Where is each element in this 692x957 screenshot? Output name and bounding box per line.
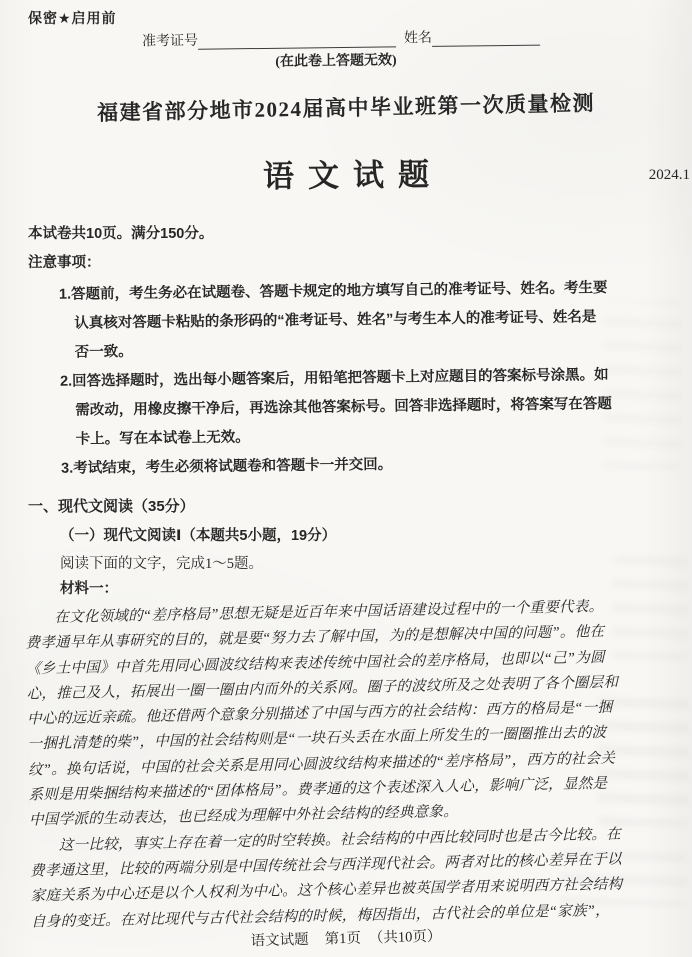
exam-notes: 1.答题前，考生务必在试题卷、答题卡规定的地方填写自己的准考证号、姓名。考生要 … [59,273,677,484]
footer-page-total: （共10页） [369,925,442,948]
candidate-info-row: 准考证号姓名 [142,26,540,51]
footer-subject: 语文试题 [250,928,308,950]
note-line: 3.考试结束，考生必须将试题卷和答题卡一并交回。 [61,447,677,484]
invalid-answer-notice: (在此卷上答题无效) [0,46,672,74]
notes-heading: 注意事项： [28,251,101,272]
security-notice: 保密★启用前 [28,8,117,28]
material-label: 材料一： [60,577,118,598]
admission-number-blank [198,31,396,49]
admission-number-label: 准考证号 [142,30,198,51]
exam-title: 福建省部分地市2024届高中毕业班第一次质量检测 [0,85,692,129]
paper-info: 本试卷共10页。满分150分。 [28,222,213,243]
section-heading: 一、现代文阅读（35分） [28,495,195,516]
section-subheading: （一）现代文阅读Ⅰ（本题共5小题，19分） [60,524,336,545]
name-label: 姓名 [404,27,432,47]
footer-page-number: 第1页 [324,927,361,949]
exam-date: 2024.1 [649,167,690,184]
exam-paper-page: 保密★启用前 准考证号姓名 (在此卷上答题无效) 福建省部分地市2024届高中毕… [0,0,692,957]
section-instruction: 阅读下面的文字，完成1～5题。 [60,552,263,573]
name-blank [432,30,540,47]
subject-title: 语文试题 [0,146,692,199]
reading-material: 在文化领域的“差序格局”思想无疑是近百年来中国话语建设过程中的一个重要代表。 费… [25,594,675,936]
